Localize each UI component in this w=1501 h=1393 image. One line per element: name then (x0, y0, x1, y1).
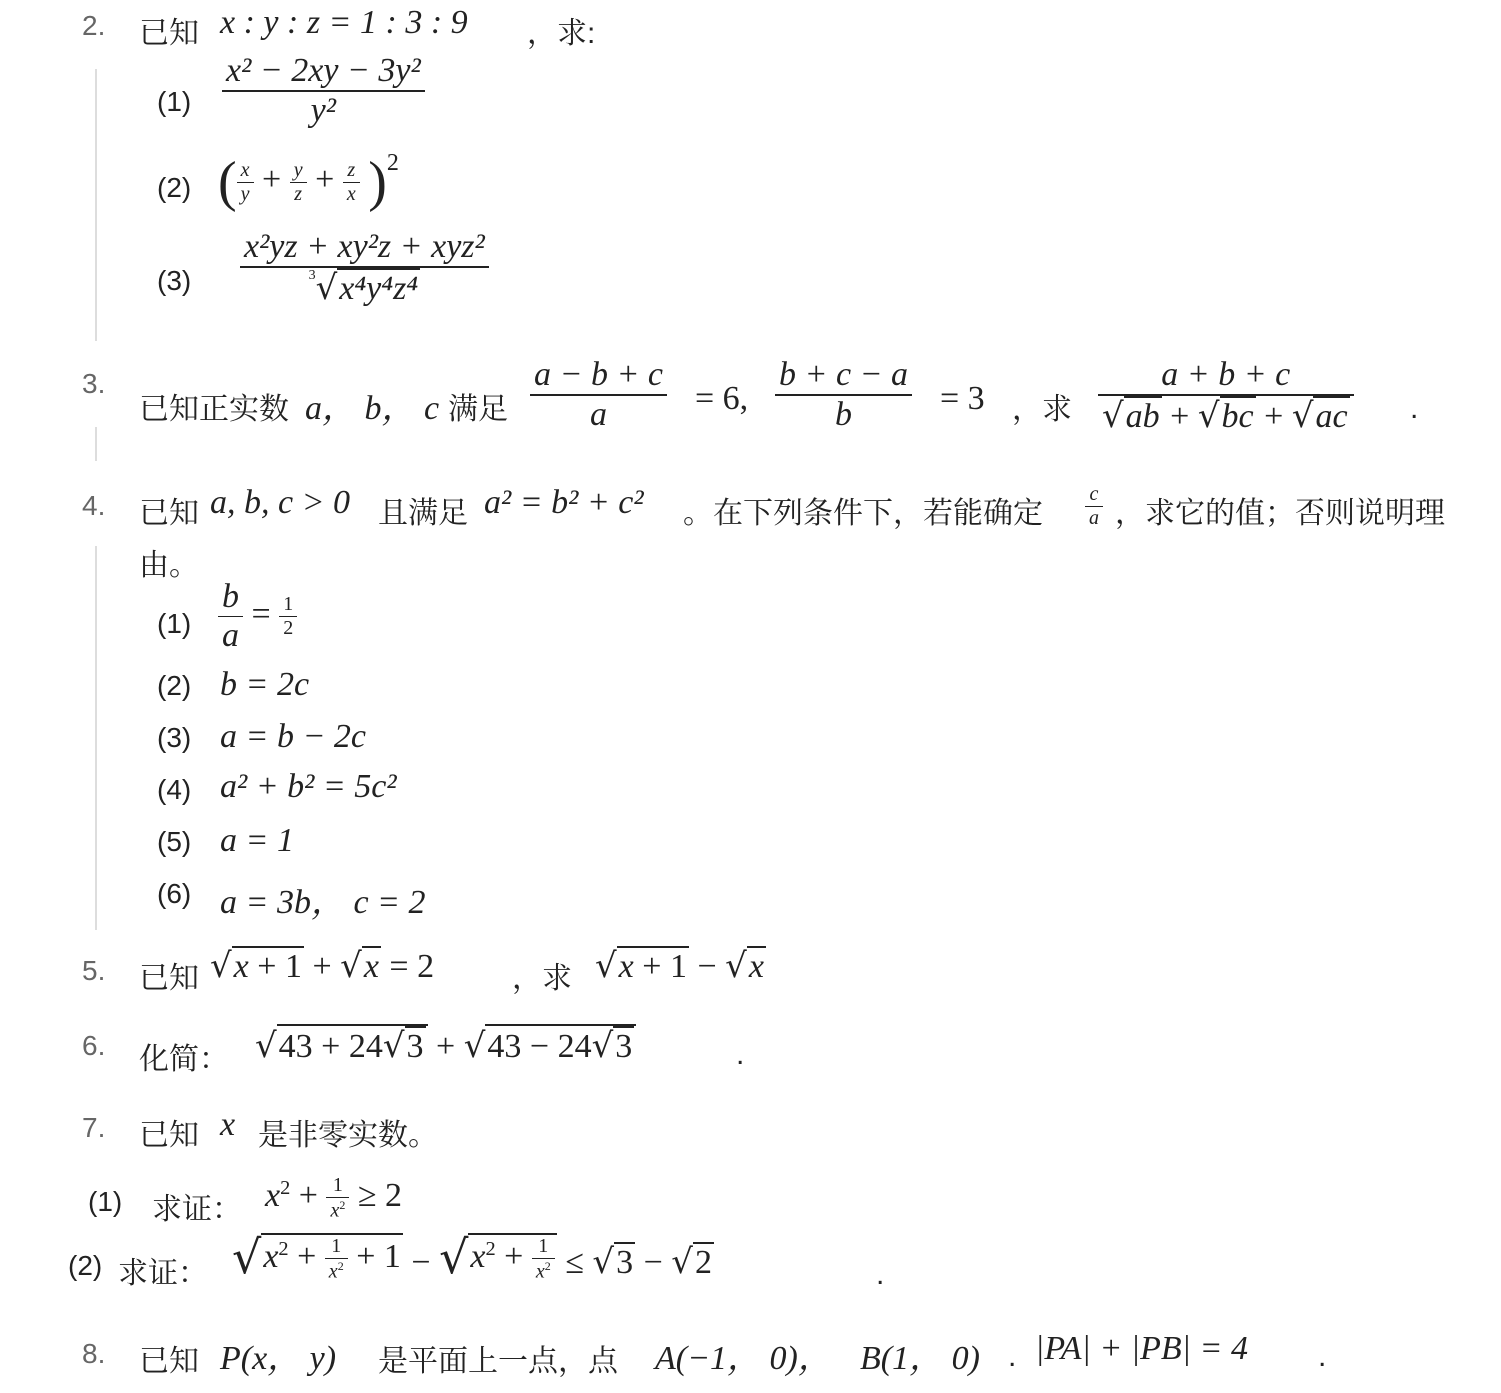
period: . (736, 1038, 744, 1072)
problem-number: 2. (82, 10, 105, 42)
part-label: (4) (157, 774, 191, 806)
problem-intro: 已知 (139, 953, 199, 997)
problem-intro: 已知 (139, 1110, 199, 1154)
problem-intro: 已知 (139, 488, 199, 532)
part-label: (5) (157, 826, 191, 858)
part-label: (1) (88, 1186, 122, 1218)
part-label: (3) (157, 265, 191, 297)
part-1-expression: x² − 2xy − 3y²y² (222, 52, 425, 130)
problem-text: 是平面上一点，点 (378, 1336, 618, 1380)
simplify-expression: √43 + 24√3 + √43 − 24√3 (255, 1024, 636, 1066)
target-expression: a + b + c √ab + √bc + √ac (1098, 356, 1354, 436)
ratio-condition: x : y : z = 1 : 3 : 9 (220, 4, 468, 42)
problem-number: 8. (82, 1338, 105, 1370)
guide-line-problem-3 (95, 427, 97, 461)
point-p: P(x， y) (220, 1330, 336, 1379)
equals-3: = 3 (940, 380, 985, 418)
variables: a， b， c (305, 380, 439, 429)
distance-equation: |PA| + |PB| = 4 (1035, 1330, 1248, 1368)
part-label: (2) (157, 670, 191, 702)
part-label: (2) (68, 1250, 102, 1282)
c-over-a-fraction: ca (1085, 483, 1103, 530)
variable-x: x (220, 1106, 235, 1144)
prove-prefix: 求证： (118, 1248, 208, 1292)
problem-intro: 已知 (139, 8, 199, 52)
part-1-inequality: x2 + 1x2 ≥ 2 (265, 1174, 402, 1223)
condition-2: b + c − ab (775, 356, 912, 434)
part-2-expression: (xy + yz + zx )2 (218, 150, 399, 214)
problem-number: 6. (82, 1030, 105, 1062)
condition-1: a − b + ca (530, 356, 667, 434)
part-label: (1) (157, 86, 191, 118)
guide-line-problem-2 (95, 69, 97, 341)
part-label: (2) (157, 172, 191, 204)
positivity-condition: a, b, c > 0 (210, 484, 350, 522)
period: . (1318, 1340, 1326, 1374)
given-equation: √x + 1 + √x = 2 (210, 946, 434, 986)
period: . (1410, 392, 1418, 426)
text-reason: 由。 (139, 540, 199, 584)
problem-intro: 已知 (139, 1336, 199, 1380)
and-text: 且满足 (378, 488, 468, 532)
part-2-inequality: √x2 + 1x2 + 1 − √x2 + 1x2 ≤ √3 − √2 (232, 1230, 714, 1284)
part-2-expression: b = 2c (220, 666, 309, 704)
point-a: A(−1， 0)， (655, 1330, 832, 1379)
target-expression: √x + 1 − √x (595, 946, 766, 986)
problem-ask: ，求: (527, 8, 595, 52)
problem-intro: 化简： (139, 1034, 229, 1078)
point-b: B(1， 0) (860, 1330, 980, 1379)
equals-6: = 6, (695, 380, 748, 418)
problem-intro: 已知正实数 (139, 384, 289, 428)
text-find-value: ，求它的值；否则说明理 (1115, 488, 1445, 532)
part-4-expression: a² + b² = 5c² (220, 768, 397, 806)
part-3-expression: x²yz + xy²z + xyz² 3√x⁴y⁴z⁴ (240, 228, 489, 308)
problem-number: 7. (82, 1112, 105, 1144)
problem-text: 是非零实数。 (258, 1110, 438, 1154)
part-label: (1) (157, 608, 191, 640)
problem-number: 5. (82, 955, 105, 987)
satisfy-text: 满足 (448, 384, 508, 428)
part-label: (6) (157, 878, 191, 910)
part-1-expression: ba = 12 (218, 578, 297, 655)
problem-ask: ，求 (512, 953, 572, 997)
text-conditions: 。在下列条件下，若能确定 (683, 488, 1043, 532)
part-3-expression: a = b − 2c (220, 718, 366, 756)
guide-line-problem-4 (95, 546, 97, 930)
part-6-expression: a = 3b， c = 2 (220, 874, 425, 923)
problem-number: 3. (82, 368, 105, 400)
part-label: (3) (157, 722, 191, 754)
part-5-expression: a = 1 (220, 822, 294, 860)
pythagorean-equation: a² = b² + c² (484, 484, 644, 522)
problem-number: 4. (82, 490, 105, 522)
separator: . (1008, 1340, 1016, 1374)
period: . (876, 1258, 884, 1292)
problem-ask: ，求 (1012, 384, 1072, 428)
prove-prefix: 求证： (152, 1184, 242, 1228)
